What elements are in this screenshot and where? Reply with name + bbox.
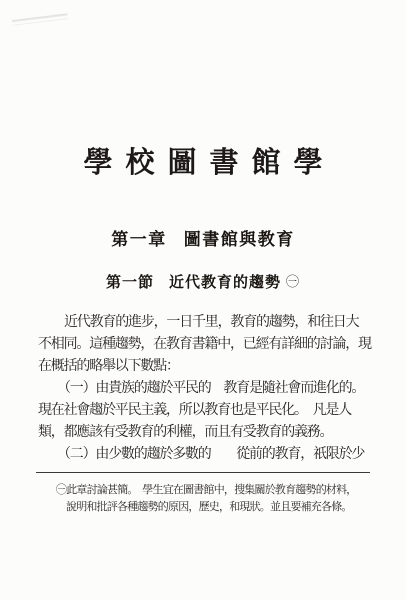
footnote-reference-mark: ㊀ [286, 274, 300, 289]
body-line: 近代教育的進步，一日千里，教育的趨勢，和往日大 [38, 312, 368, 334]
body-line: 在概括的略舉以下數點： [38, 356, 368, 378]
body-line: 類，都應該有受教育的利權，而且有受教育的義務。 [38, 422, 368, 444]
footnote-line: 說明和批評各種趨勢的原因，歷史，和現狀。並且要補充各條。 [56, 499, 374, 516]
scanned-book-page: 學校圖書館學 第一章圖書館與教育 第一節近代教育的趨勢㊀ 近代教育的進步，一日千… [0, 0, 406, 600]
body-line: （二）由少數的趨於多數的 從前的教育，祇限於少 [38, 444, 368, 466]
chapter-heading: 第一章圖書館與教育 [0, 225, 406, 250]
section-number: 第一節 [106, 274, 154, 291]
footnote-line: ㊀此章討論甚簡。 學生宜在圖書館中，搜集關於教育趨勢的材料， [56, 482, 374, 499]
chapter-number: 第一章 [111, 230, 167, 249]
section-title: 近代教育的趨勢 [169, 274, 281, 291]
book-title: 學校圖書館學 [0, 0, 406, 181]
section-heading: 第一節近代教育的趨勢㊀ [0, 271, 406, 292]
footnote: ㊀此章討論甚簡。 學生宜在圖書館中，搜集關於教育趨勢的材料， 說明和批評各種趨勢… [0, 473, 406, 516]
body-line: 現在社會趨於平民主義，所以教育也是平民化。 凡是人 [38, 400, 368, 422]
chapter-title: 圖書館與教育 [184, 230, 295, 249]
body-line: （一）由貴族的趨於平民的 教育是隨社會而進化的。 [38, 378, 368, 400]
body-text: 近代教育的進步，一日千里，教育的趨勢，和往日大 不相同。這種趨勢，在教育書籍中，… [0, 312, 406, 466]
body-line: 不相同。這種趨勢，在教育書籍中，已經有詳細的討論，現 [38, 334, 368, 356]
